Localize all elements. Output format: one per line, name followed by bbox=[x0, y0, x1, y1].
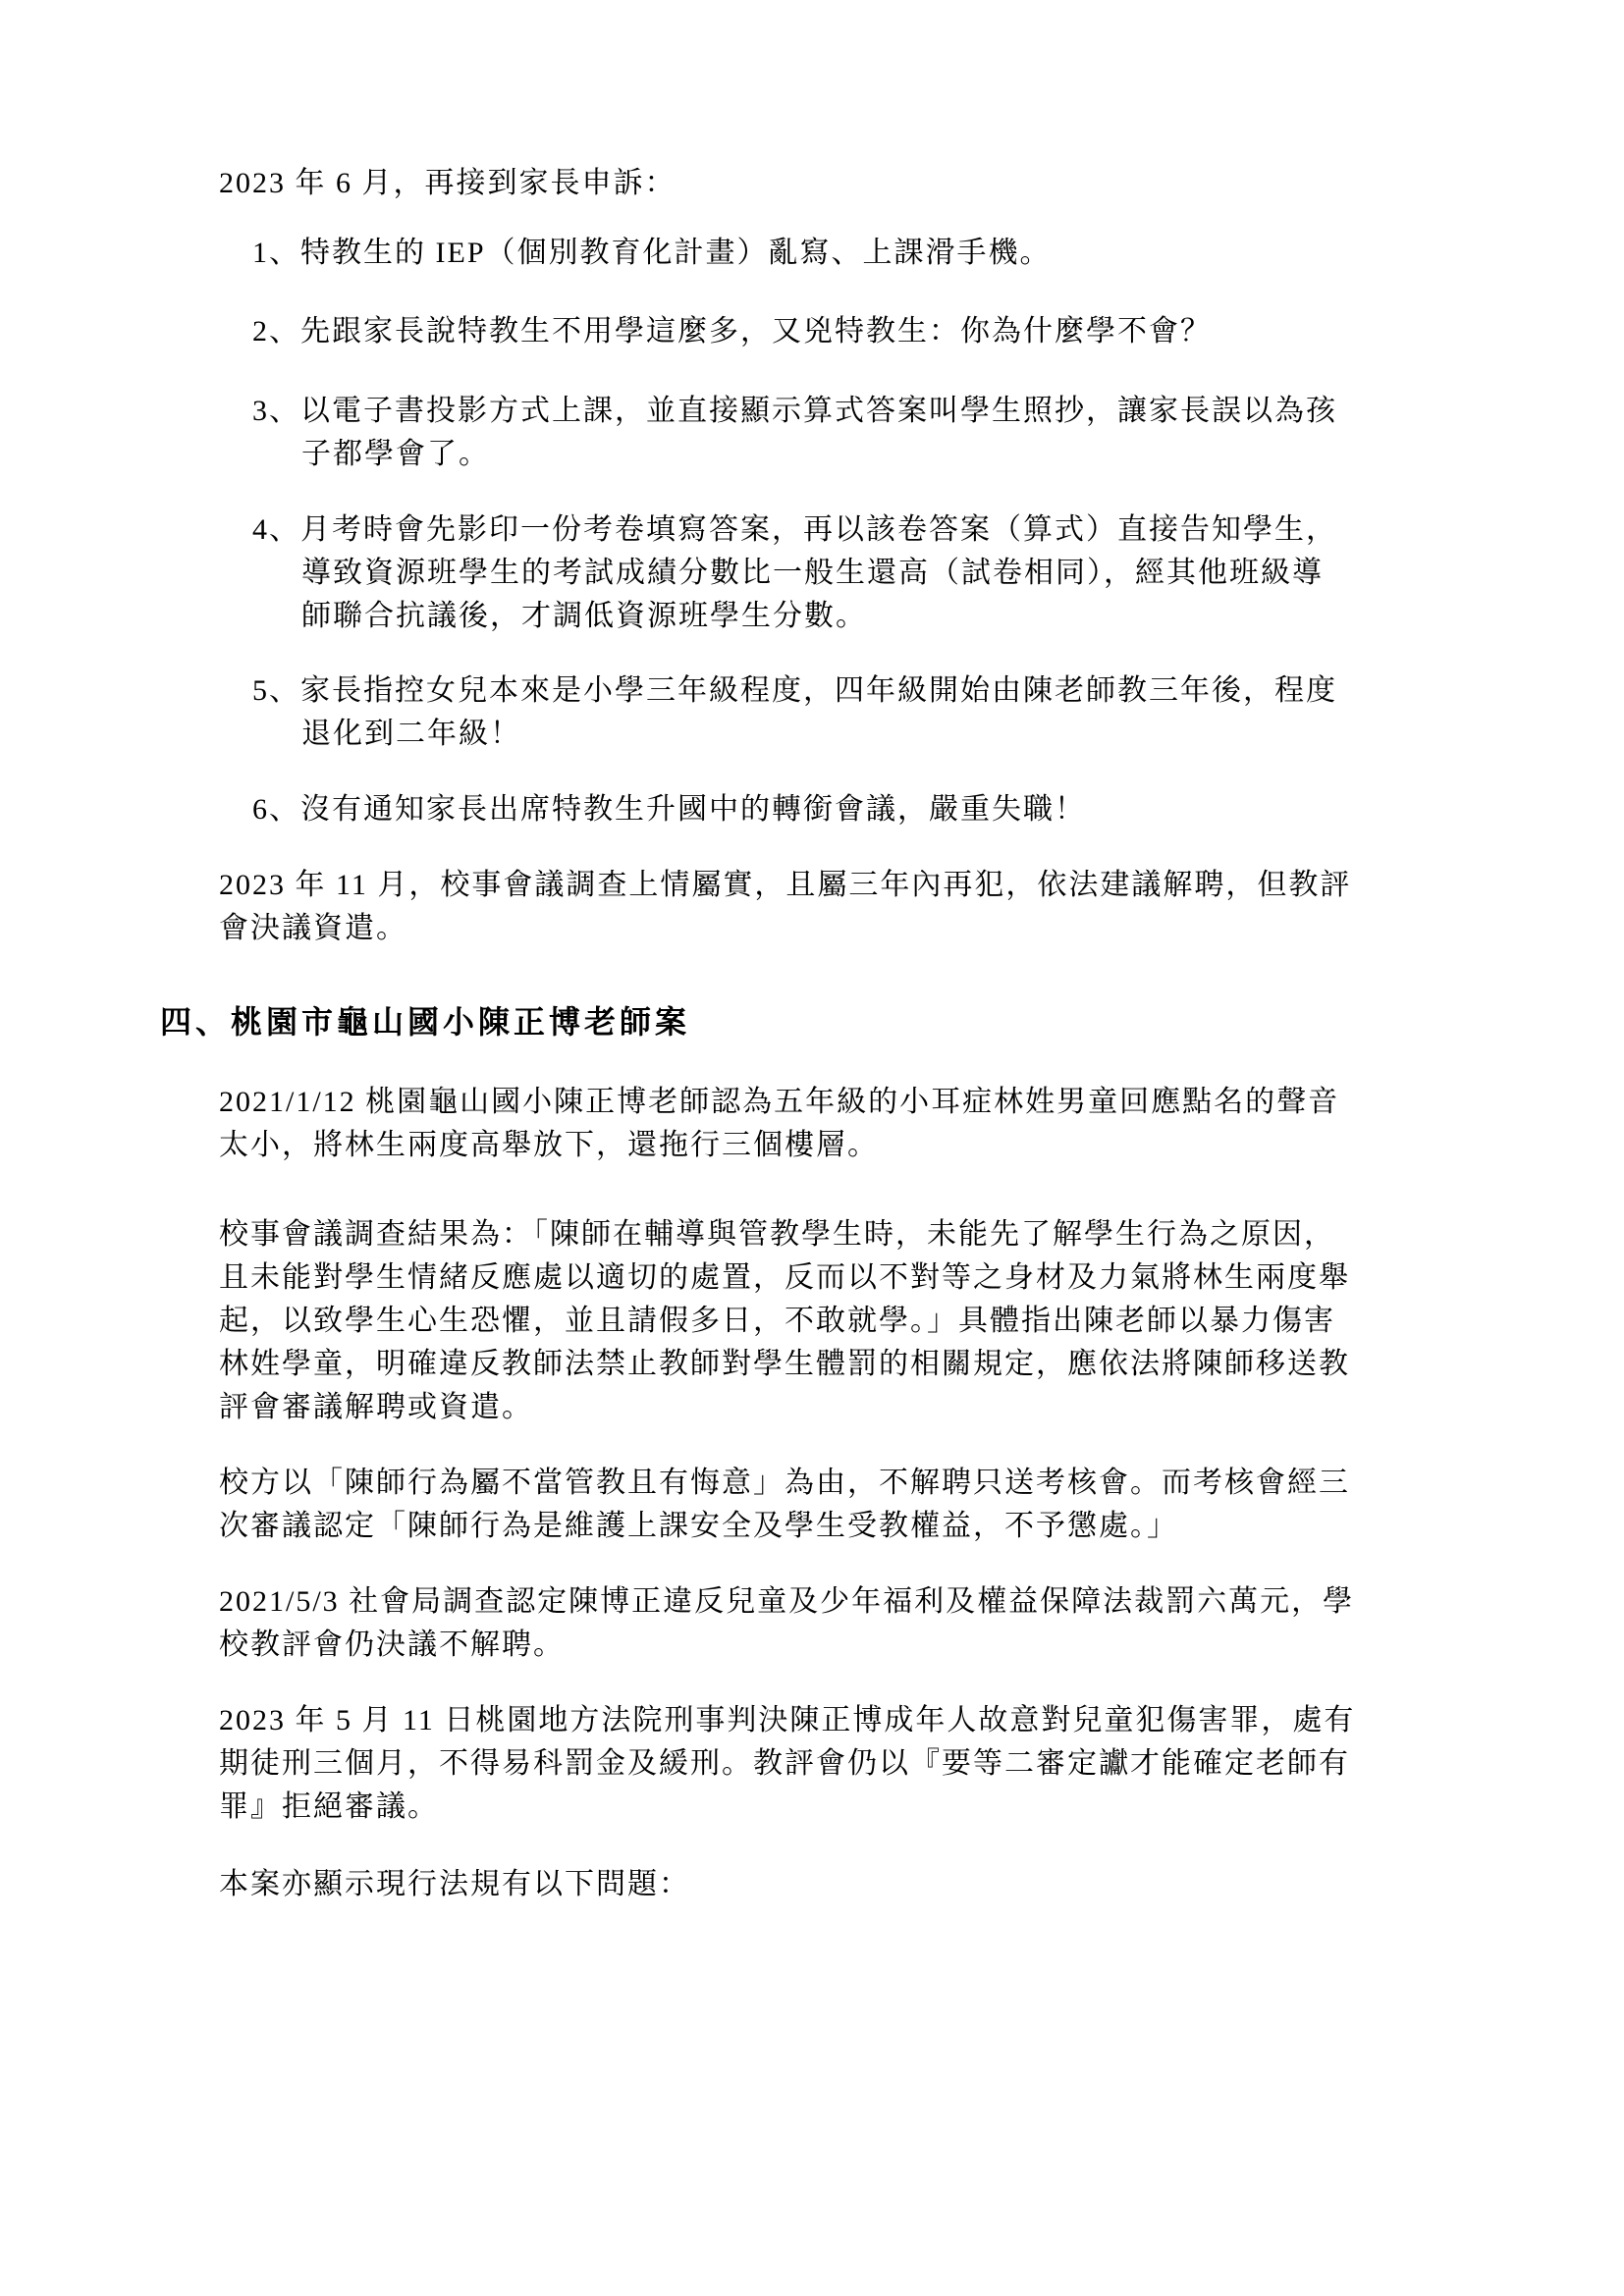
paragraph-line: 校教評會仍決議不解聘。 bbox=[219, 1624, 1407, 1667]
paragraph-line: 罪』拒絕審議。 bbox=[219, 1786, 1407, 1829]
list-number: 3、 bbox=[252, 390, 300, 433]
complaint-text-continued: 子都學會了。 bbox=[252, 433, 1411, 476]
complaint-text: 特教生的 IEP（個別教育化計畫）亂寫、上課滑手機。 bbox=[300, 237, 1052, 269]
complaint-text-continued: 導致資源班學生的考試成績分數比一般生還高（試卷相同），經其他班級導 bbox=[252, 552, 1411, 595]
list-number: 4、 bbox=[252, 508, 300, 552]
paragraph-line: 2021/5/3 社會局調查認定陳博正違反兒童及少年福利及權益保障法裁罰六萬元，… bbox=[219, 1580, 1407, 1624]
paragraph-line: 且未能對學生情緒反應處以適切的處置，反而以不對等之身材及力氣將林生兩度舉 bbox=[219, 1256, 1407, 1300]
complaint-line: 2、先跟家長說特教生不用學這麼多，又兇特教生：你為什麼學不會？ bbox=[252, 310, 1411, 353]
paragraph-line: 2023 年 5 月 11 日桃園地方法院刑事判決陳正博成年人故意對兒童犯傷害罪… bbox=[219, 1699, 1407, 1742]
paragraph-line: 校事會議調查結果為：「陳師在輔導與管教學生時，未能先了解學生行為之原因， bbox=[219, 1213, 1407, 1256]
result-paragraph: 2023 年 11 月，校事會議調查上情屬實，且屬三年內再犯，依法建議解聘，但教… bbox=[219, 864, 1407, 950]
paragraph-line: 評會審議解聘或資遣。 bbox=[219, 1386, 1407, 1429]
case-paragraph-3: 校方以「陳師行為屬不當管教且有悔意」為由，不解聘只送考核會。而考核會經三 次審議… bbox=[219, 1462, 1407, 1548]
intro-paragraph: 2023 年 6 月，再接到家長申訴： bbox=[219, 162, 1407, 205]
paragraph-line: 太小，將林生兩度高舉放下，還拖行三個樓層。 bbox=[219, 1124, 1407, 1167]
complaint-text-continued: 師聯合抗議後，才調低資源班學生分數。 bbox=[252, 595, 1411, 638]
case-paragraph-6: 本案亦顯示現行法規有以下問題： bbox=[219, 1863, 1407, 1906]
paragraph-line: 起，以致學生心生恐懼，並且請假多日，不敢就學。」具體指出陳老師以暴力傷害 bbox=[219, 1300, 1407, 1343]
complaint-text: 家長指控女兒本來是小學三年級程度，四年級開始由陳老師教三年後，程度 bbox=[300, 674, 1337, 707]
paragraph-line: 本案亦顯示現行法規有以下問題： bbox=[219, 1863, 1407, 1906]
list-number: 2、 bbox=[252, 310, 300, 353]
complaint-item-1: 1、特教生的 IEP（個別教育化計畫）亂寫、上課滑手機。 bbox=[252, 232, 1411, 275]
complaint-item-6: 6、沒有通知家長出席特教生升國中的轉銜會議，嚴重失職！ bbox=[252, 788, 1411, 831]
list-number: 1、 bbox=[252, 232, 300, 275]
complaint-line: 1、特教生的 IEP（個別教育化計畫）亂寫、上課滑手機。 bbox=[252, 232, 1411, 275]
document-page: 2023 年 6 月，再接到家長申訴： 1、特教生的 IEP（個別教育化計畫）亂… bbox=[0, 0, 1624, 2296]
paragraph-line: 校方以「陳師行為屬不當管教且有悔意」為由，不解聘只送考核會。而考核會經三 bbox=[219, 1462, 1407, 1505]
complaint-item-5: 5、家長指控女兒本來是小學三年級程度，四年級開始由陳老師教三年後，程度 退化到二… bbox=[252, 669, 1411, 756]
complaint-text: 先跟家長說特教生不用學這麼多，又兇特教生：你為什麼學不會？ bbox=[300, 315, 1212, 347]
case-paragraph-1: 2021/1/12 桃園龜山國小陳正博老師認為五年級的小耳症林姓男童回應點名的聲… bbox=[219, 1081, 1407, 1167]
complaint-text: 以電子書投影方式上課，並直接顯示算式答案叫學生照抄，讓家長誤以為孩 bbox=[300, 395, 1337, 427]
paragraph-line: 會決議資遣。 bbox=[219, 907, 1407, 950]
paragraph-line: 2023 年 11 月，校事會議調查上情屬實，且屬三年內再犯，依法建議解聘，但教… bbox=[219, 864, 1407, 907]
complaint-line: 6、沒有通知家長出席特教生升國中的轉銜會議，嚴重失職！ bbox=[252, 788, 1411, 831]
case-paragraph-2: 校事會議調查結果為：「陳師在輔導與管教學生時，未能先了解學生行為之原因， 且未能… bbox=[219, 1213, 1407, 1429]
section-heading: 四、桃園市龜山國小陳正博老師案 bbox=[160, 998, 690, 1045]
complaint-text: 沒有通知家長出席特教生升國中的轉銜會議，嚴重失職！ bbox=[300, 793, 1086, 826]
paragraph-line: 林姓學童，明確違反教師法禁止教師對學生體罰的相關規定，應依法將陳師移送教 bbox=[219, 1343, 1407, 1386]
paragraph-line: 次審議認定「陳師行為是維護上課安全及學生受教權益，不予懲處。」 bbox=[219, 1505, 1407, 1548]
list-number: 5、 bbox=[252, 669, 300, 713]
paragraph-line: 期徒刑三個月，不得易科罰金及緩刑。教評會仍以『要等二審定讞才能確定老師有 bbox=[219, 1742, 1407, 1786]
list-number: 6、 bbox=[252, 788, 300, 831]
complaint-line: 4、月考時會先影印一份考卷填寫答案，再以該卷答案（算式）直接告知學生， bbox=[252, 508, 1411, 552]
complaint-item-3: 3、以電子書投影方式上課，並直接顯示算式答案叫學生照抄，讓家長誤以為孩 子都學會… bbox=[252, 390, 1411, 476]
complaint-text: 月考時會先影印一份考卷填寫答案，再以該卷答案（算式）直接告知學生， bbox=[300, 513, 1337, 546]
intro-line: 2023 年 6 月，再接到家長申訴： bbox=[219, 162, 1407, 205]
complaint-item-4: 4、月考時會先影印一份考卷填寫答案，再以該卷答案（算式）直接告知學生， 導致資源… bbox=[252, 508, 1411, 638]
case-paragraph-4: 2021/5/3 社會局調查認定陳博正違反兒童及少年福利及權益保障法裁罰六萬元，… bbox=[219, 1580, 1407, 1667]
paragraph-line: 2021/1/12 桃園龜山國小陳正博老師認為五年級的小耳症林姓男童回應點名的聲… bbox=[219, 1081, 1407, 1124]
complaint-text-continued: 退化到二年級！ bbox=[252, 713, 1411, 756]
complaint-line: 3、以電子書投影方式上課，並直接顯示算式答案叫學生照抄，讓家長誤以為孩 bbox=[252, 390, 1411, 433]
case-paragraph-5: 2023 年 5 月 11 日桃園地方法院刑事判決陳正博成年人故意對兒童犯傷害罪… bbox=[219, 1699, 1407, 1829]
complaint-item-2: 2、先跟家長說特教生不用學這麼多，又兇特教生：你為什麼學不會？ bbox=[252, 310, 1411, 353]
complaint-line: 5、家長指控女兒本來是小學三年級程度，四年級開始由陳老師教三年後，程度 bbox=[252, 669, 1411, 713]
